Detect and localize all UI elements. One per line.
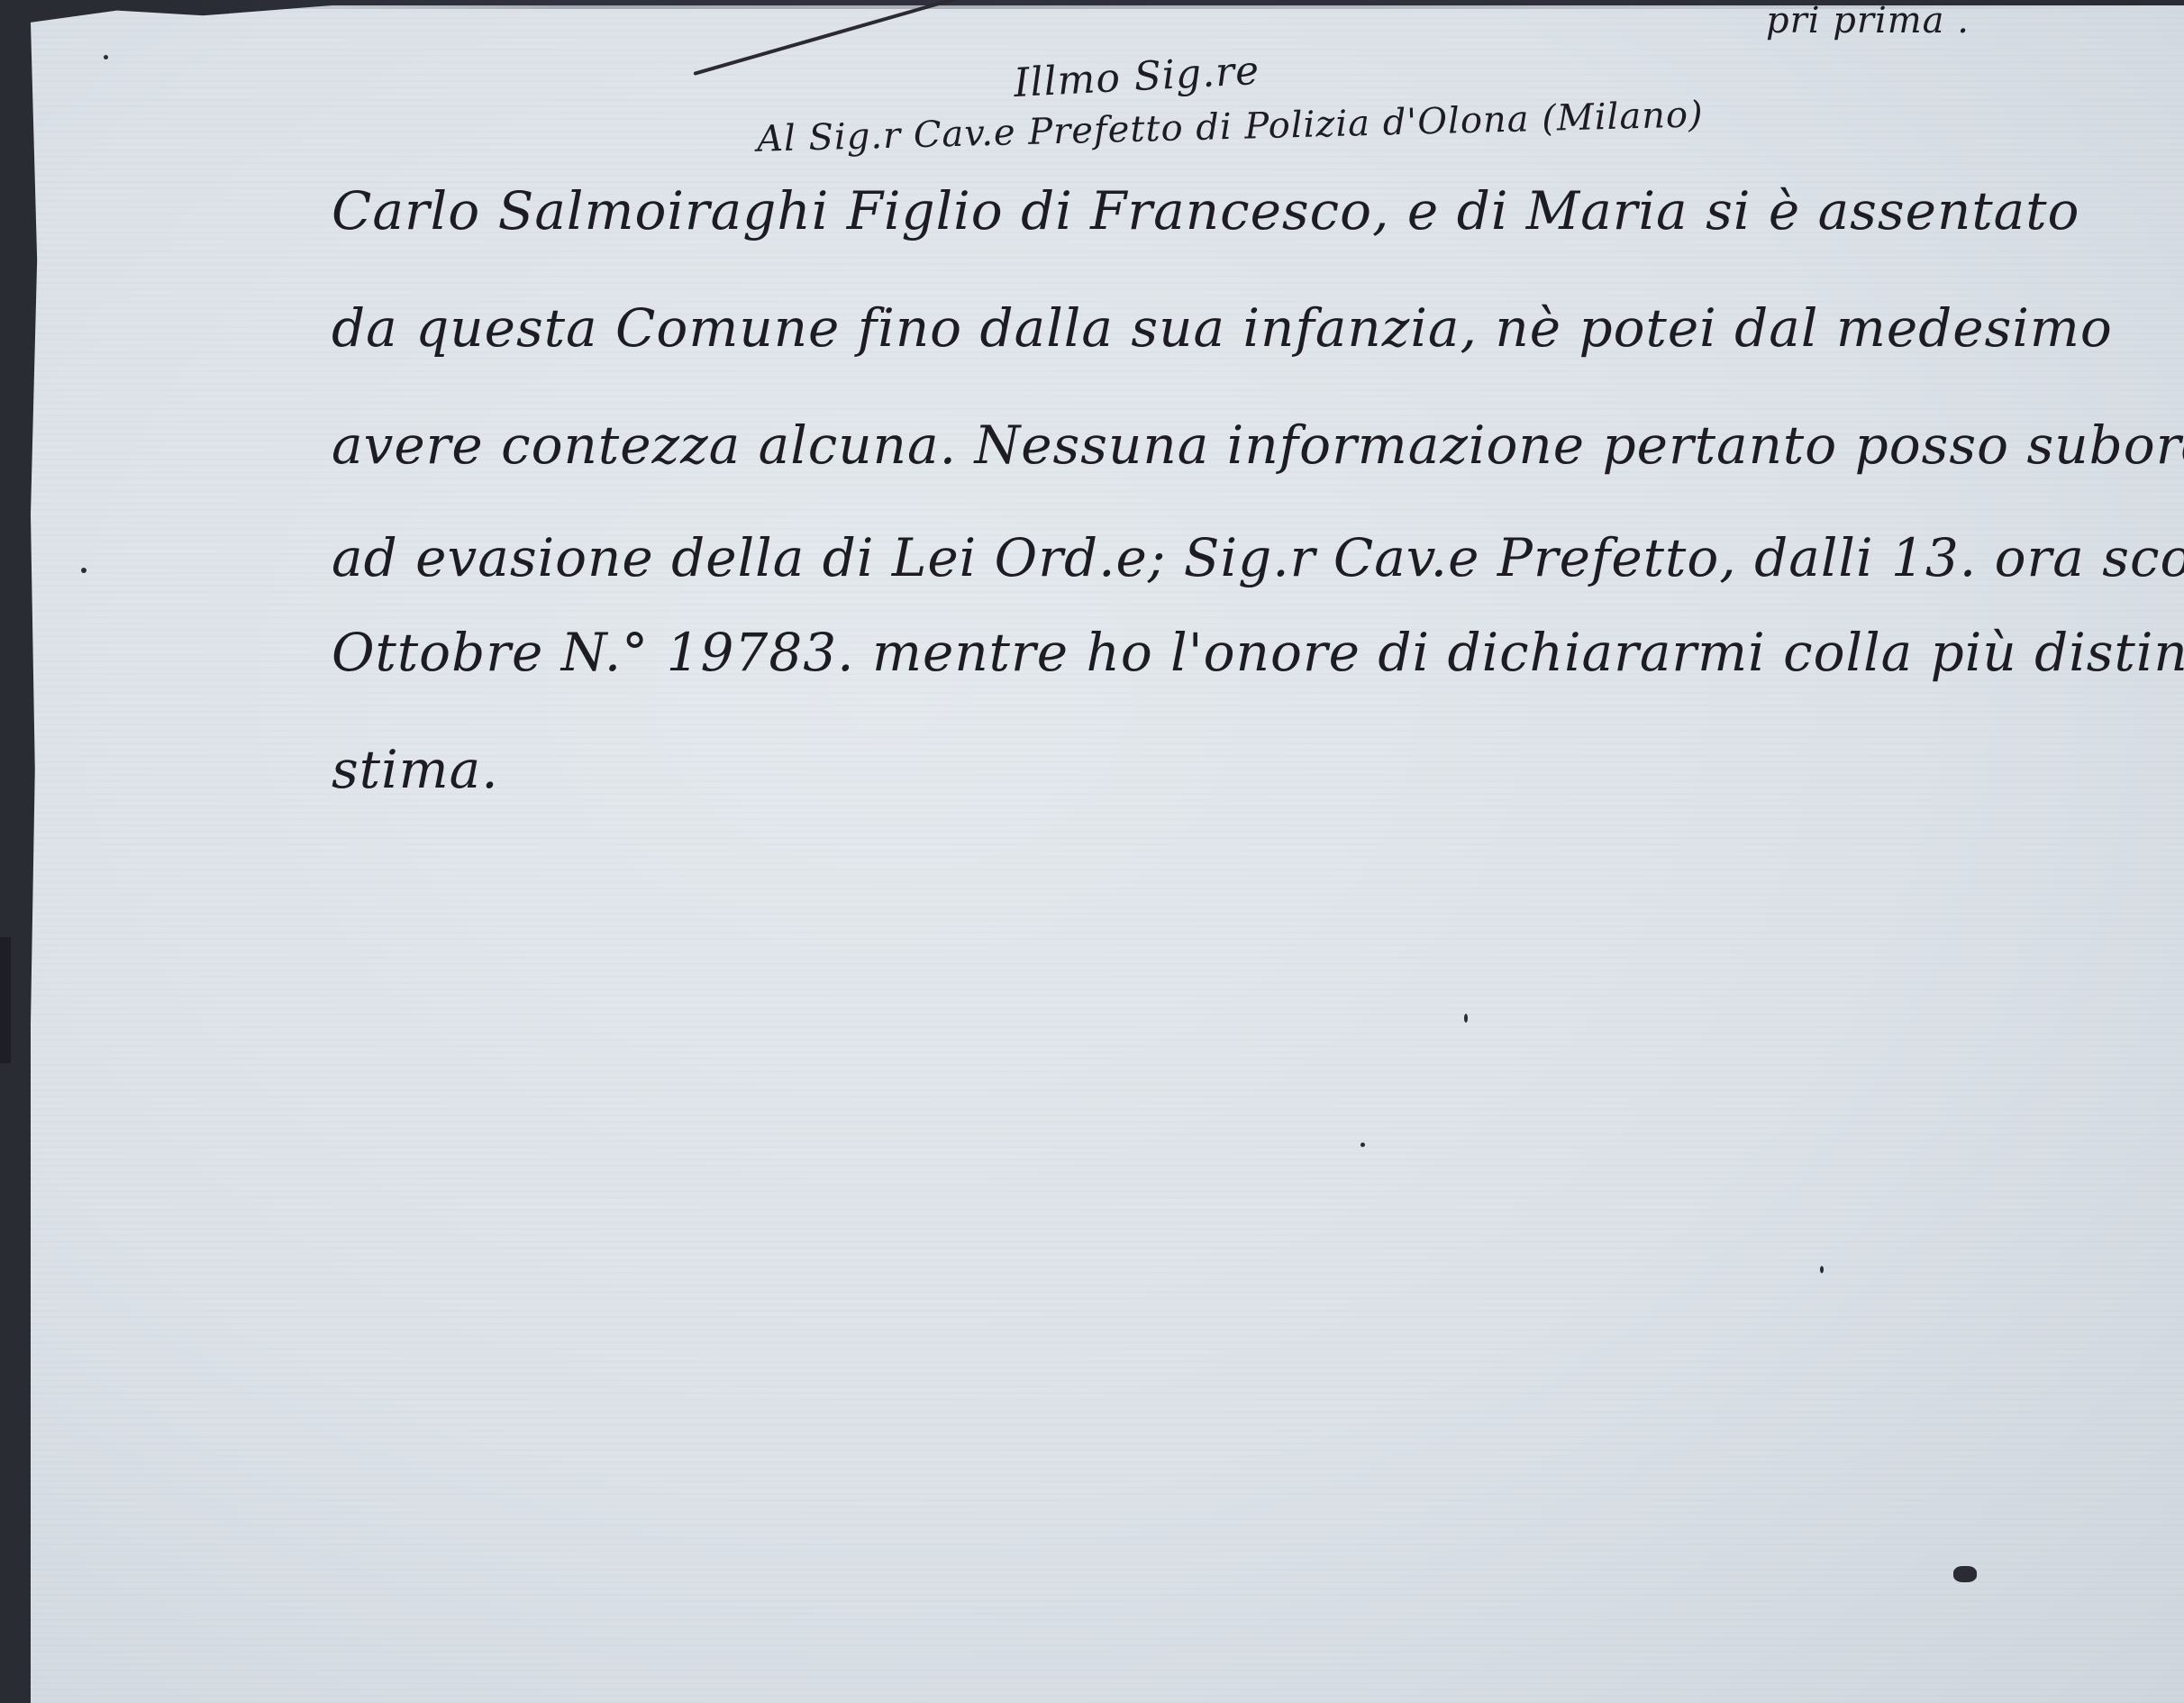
ink-speck [1820,1266,1824,1273]
body-line-3: avere contezza alcuna. Nessuna informazi… [332,414,2184,476]
left-edge-torn-notch [0,937,11,1063]
ink-speck [81,568,86,573]
top-right-fragment-text: pri prima . [1766,0,1970,41]
paper-sheet [31,5,2184,1703]
body-line-1: Carlo Salmoiraghi Figlio di Francesco, e… [332,180,2079,241]
scanned-page-background: pri prima . Illmo Sig.re Al Sig.r Cav.e … [0,0,2184,1703]
body-line-6: stima. [332,739,499,800]
ink-speck [1953,1566,1977,1582]
ink-speck [104,55,108,59]
ink-speck [1464,1014,1468,1023]
body-line-4: ad evasione della di Lei Ord.e; Sig.r Ca… [332,527,2184,588]
ink-speck [1360,1143,1365,1147]
body-line-5: Ottobre N.° 19783. mentre ho l'onore di … [332,622,2184,683]
body-line-2: da questa Comune fino dalla sua infanzia… [332,297,2113,359]
